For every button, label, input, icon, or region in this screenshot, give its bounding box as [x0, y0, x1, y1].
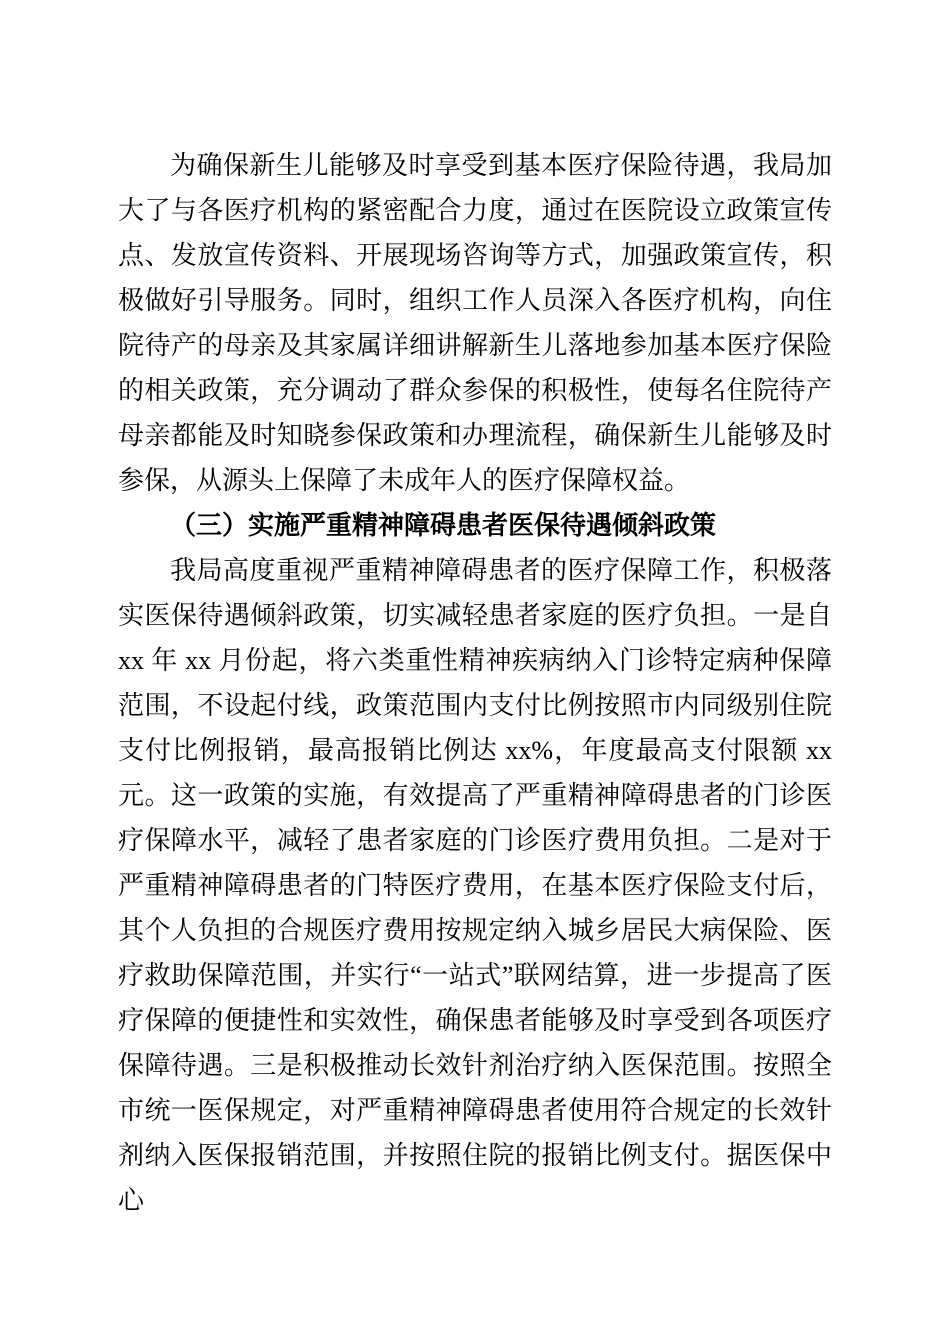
paragraph-newborn-enrollment: 为确保新生儿能够及时享受到基本医疗保险待遇，我局加大了与各医疗机构的紧密配合力度…	[118, 143, 832, 503]
document-page: 为确保新生儿能够及时享受到基本医疗保险待遇，我局加大了与各医疗机构的紧密配合力度…	[0, 0, 950, 1344]
paragraph-mental-disorder-benefit-policy: 我局高度重视严重精神障碍患者的医疗保障工作，积极落实医保待遇倾斜政策，切实减轻患…	[118, 548, 832, 1223]
section-heading-three: （三）实施严重精神障碍患者医保待遇倾斜政策	[118, 503, 832, 548]
